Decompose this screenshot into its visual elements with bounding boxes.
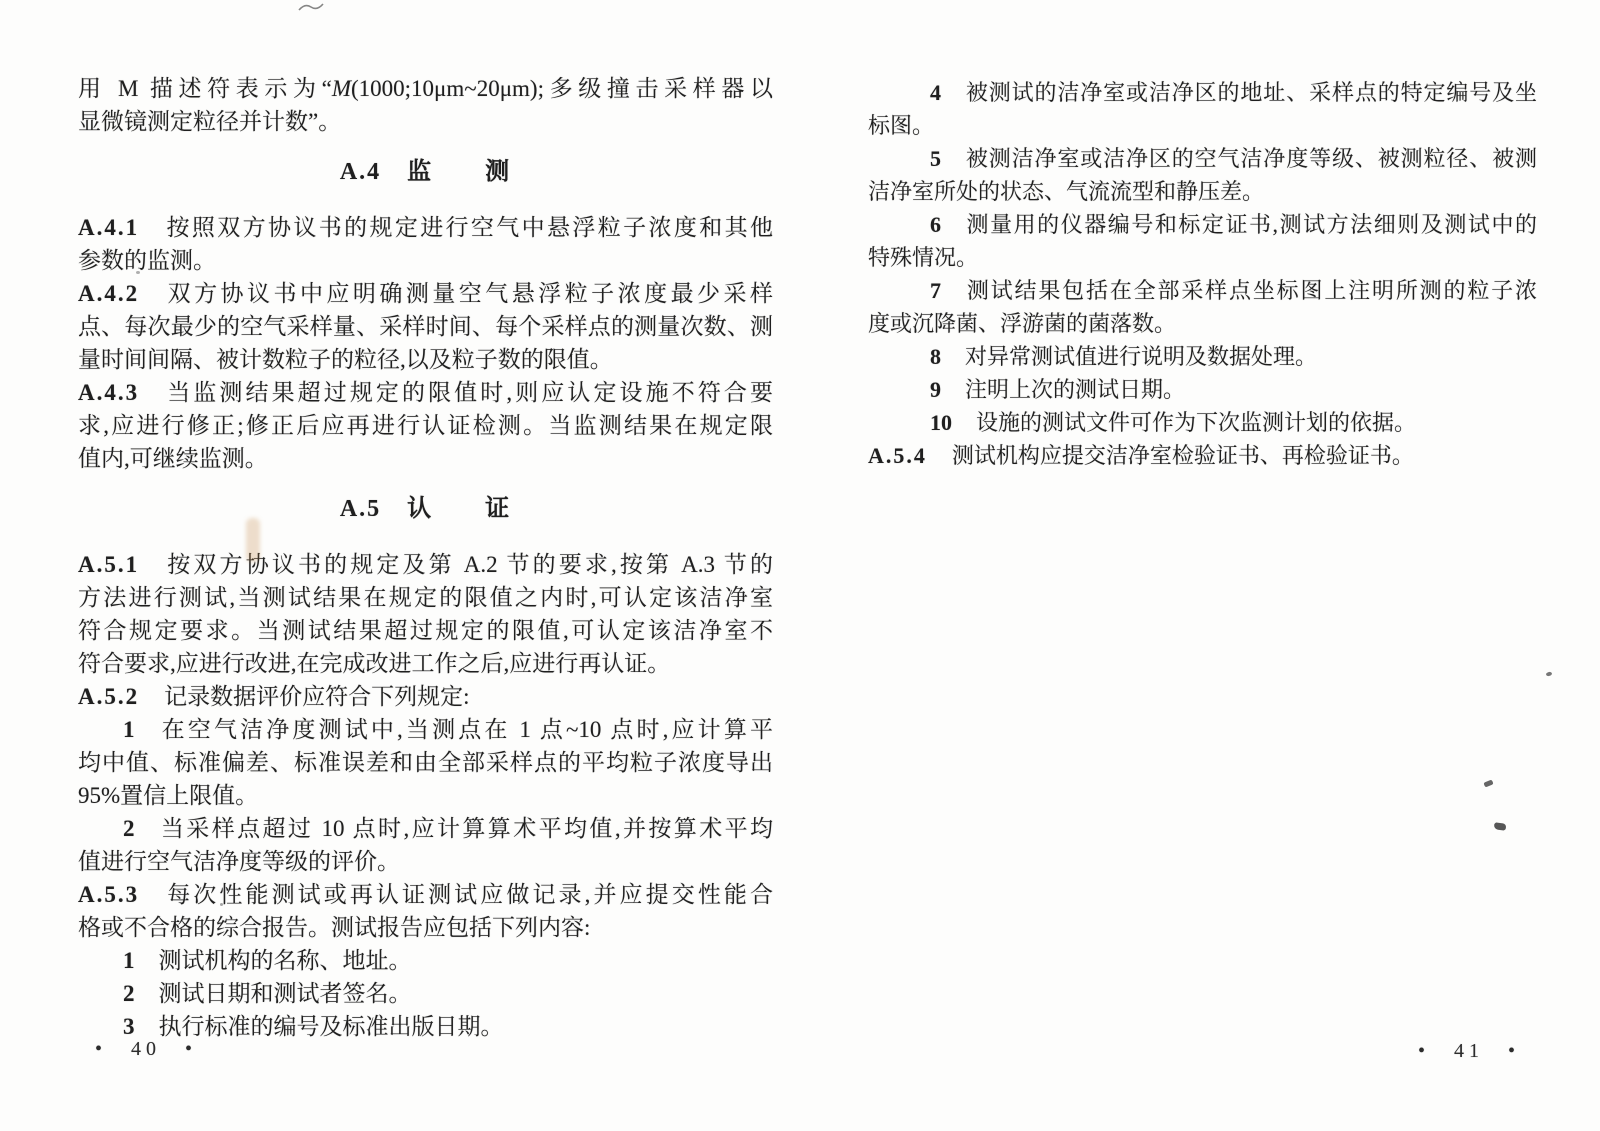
text-run: 测试机构应提交洁净室检验证书、再检验证书。 xyxy=(952,443,1414,468)
text-run: A.4 监 测 xyxy=(340,159,511,185)
text-line: 1测试机构的名称、地址。 xyxy=(78,944,773,977)
text-line: 标图。 xyxy=(868,109,1537,142)
text-run: 按照双方协议书的规定进行空气中悬浮粒子浓度和其他 xyxy=(164,215,773,240)
text-line: 特殊情况。 xyxy=(868,241,1537,274)
text-run: 测量用的仪器编号和标定证书,测试方法细则及测试中的 xyxy=(965,212,1537,237)
list-item-number: 9 xyxy=(930,377,941,402)
text-line: 6测量用的仪器编号和标定证书,测试方法细则及测试中的 xyxy=(868,208,1537,241)
text-run: 设施的测试文件可作为下次监测计划的依据。 xyxy=(976,410,1416,435)
text-run: 量时间间隔、被计数粒子的粒径,以及粒子数的限值。 xyxy=(78,347,613,372)
text-run: M xyxy=(332,76,351,101)
text-run: 格或不合格的综合报告。测试报告应包括下列内容: xyxy=(78,915,590,940)
text-run: 双方协议书中应明确测量空气悬浮粒子浓度最少采样 xyxy=(164,281,773,306)
list-item-number: 3 xyxy=(123,1014,135,1039)
text-line: 值进行空气洁净度等级的评价。 xyxy=(78,845,773,878)
text-line: 点、每次最少的空气采样量、采样时间、每个采样点的测量次数、测 xyxy=(78,310,773,343)
text-line: 1在空气洁净度测试中,当测点在 1 点~10 点时,应计算平 xyxy=(78,713,773,746)
text-run: 点、每次最少的空气采样量、采样时间、每个采样点的测量次数、测 xyxy=(78,314,773,339)
text-run: 洁净室所处的状态、气流流型和静压差。 xyxy=(868,179,1264,204)
text-line: 5被测洁净室或洁净区的空气洁净度等级、被测粒径、被测 xyxy=(868,142,1537,175)
text-run: 均中值、标准偏差、标准误差和由全部采样点的平均粒子浓度导出 xyxy=(78,750,773,775)
clause-number: A.4.3 xyxy=(78,380,139,405)
text-line: 量时间间隔、被计数粒子的粒径,以及粒子数的限值。 xyxy=(78,343,773,376)
page-right-column: 4被测试的洁净室或洁净区的地址、采样点的特定编号及坐标图。5被测洁净室或洁净区的… xyxy=(868,76,1537,472)
scan-squiggle-mark xyxy=(297,0,325,14)
text-line: A.5.2记录数据评价应符合下列规定: xyxy=(78,680,773,713)
text-line: A.4.1按照双方协议书的规定进行空气中悬浮粒子浓度和其他 xyxy=(78,211,773,244)
text-run: 度或沉降菌、浮游菌的菌落数。 xyxy=(868,311,1176,336)
text-line: 8对异常测试值进行说明及数据处理。 xyxy=(868,340,1537,373)
text-line: 格或不合格的综合报告。测试报告应包括下列内容: xyxy=(78,911,773,944)
scan-speck xyxy=(1483,779,1493,787)
text-run: 测试机构的名称、地址。 xyxy=(159,948,412,973)
text-line: 求,应进行修正;修正后应再进行认证检测。当监测结果在规定限 xyxy=(78,409,773,442)
text-line: 2当采样点超过 10 点时,应计算算术平均值,并按算术平均 xyxy=(78,812,773,845)
list-item-number: 6 xyxy=(930,212,941,237)
clause-number: A.5.4 xyxy=(868,443,927,468)
text-run: 被测试的洁净室或洁净区的地址、采样点的特定编号及坐 xyxy=(965,80,1537,105)
text-run: 按双方协议书的规定及第 A.2 节的要求,按第 A.3 节的 xyxy=(164,552,773,577)
list-item-number: 10 xyxy=(930,410,952,435)
text-line: 95%置信上限值。 xyxy=(78,779,773,812)
text-run: 求,应进行修正;修正后应再进行认证检测。当监测结果在规定限 xyxy=(78,413,773,438)
clause-number: A.5.2 xyxy=(78,684,139,709)
list-item-number: 2 xyxy=(123,816,135,841)
text-line: 显微镜测定粒径并计数”。 xyxy=(78,105,773,138)
text-run: 值进行空气洁净度等级的评价。 xyxy=(78,849,400,874)
list-item-number: 1 xyxy=(123,717,135,742)
scanned-standard-document: { "scan": { "left_page": { "page_number"… xyxy=(0,0,1600,1131)
text-line: 度或沉降菌、浮游菌的菌落数。 xyxy=(868,307,1537,340)
scan-speck xyxy=(1494,822,1507,831)
section-heading: A.4 监 测 xyxy=(78,156,773,189)
list-item-number: 5 xyxy=(930,146,941,171)
text-run: 标图。 xyxy=(868,113,934,138)
list-item-number: 8 xyxy=(930,344,941,369)
text-line: 10设施的测试文件可作为下次监测计划的依据。 xyxy=(868,406,1537,439)
text-run: 在空气洁净度测试中,当测点在 1 点~10 点时,应计算平 xyxy=(159,717,774,742)
text-run: 用 M 描述符表示为“ xyxy=(78,76,332,101)
text-run: 特殊情况。 xyxy=(868,245,978,270)
page-left-column: 用 M 描述符表示为“M(1000;10μm~20μm);多级撞击采样器以显微镜… xyxy=(78,72,773,1043)
text-run: 记录数据评价应符合下列规定: xyxy=(164,684,469,709)
text-line: 7测试结果包括在全部采样点坐标图上注明所测的粒子浓 xyxy=(868,274,1537,307)
text-line: 用 M 描述符表示为“M(1000;10μm~20μm);多级撞击采样器以 xyxy=(78,72,773,105)
text-run: 对异常测试值进行说明及数据处理。 xyxy=(965,344,1317,369)
text-run: 执行标准的编号及标准出版日期。 xyxy=(159,1014,504,1039)
text-run: 当监测结果超过规定的限值时,则应认定设施不符合要 xyxy=(164,380,773,405)
text-run: 当采样点超过 10 点时,应计算算术平均值,并按算术平均 xyxy=(159,816,774,841)
text-line: 2测试日期和测试者签名。 xyxy=(78,977,773,1010)
text-run: 显微镜测定粒径并计数”。 xyxy=(78,109,341,134)
clause-number: A.4.2 xyxy=(78,281,139,306)
text-run: (1000;10μm~20μm);多级撞击采样器以 xyxy=(351,76,773,101)
text-run: 测试日期和测试者签名。 xyxy=(159,981,412,1006)
text-run: A.5 认 证 xyxy=(340,496,511,522)
text-line: A.5.1按双方协议书的规定及第 A.2 节的要求,按第 A.3 节的 xyxy=(78,548,773,581)
text-run: 值内,可继续监测。 xyxy=(78,446,268,471)
text-line: 符合要求,应进行改进,在完成改进工作之后,应进行再认证。 xyxy=(78,647,773,680)
text-run: 符合规定要求。当测试结果超过规定的限值,可认定该洁净室不 xyxy=(78,618,773,643)
text-run: 每次性能测试或再认证测试应做记录,并应提交性能合 xyxy=(164,882,773,907)
text-run: 测试结果包括在全部采样点坐标图上注明所测的粒子浓 xyxy=(965,278,1537,303)
list-item-number: 1 xyxy=(123,948,135,973)
page-number-left: • 40 • xyxy=(95,1038,197,1061)
clause-number: A.4.1 xyxy=(78,215,139,240)
text-line: 9注明上次的测试日期。 xyxy=(868,373,1537,406)
text-run: 符合要求,应进行改进,在完成改进工作之后,应进行再认证。 xyxy=(78,651,670,676)
text-run: 方法进行测试,当测试结果在规定的限值之内时,可认定该洁净室 xyxy=(78,585,773,610)
text-line: A.5.4测试机构应提交洁净室检验证书、再检验证书。 xyxy=(868,439,1537,472)
text-line: 均中值、标准偏差、标准误差和由全部采样点的平均粒子浓度导出 xyxy=(78,746,773,779)
text-run: 参数的监测。 xyxy=(78,248,216,273)
text-run: 注明上次的测试日期。 xyxy=(965,377,1185,402)
clause-number: A.5.1 xyxy=(78,552,139,577)
scan-speck xyxy=(1546,671,1553,676)
list-item-number: 7 xyxy=(930,278,941,303)
clause-number: A.5.3 xyxy=(78,882,139,907)
text-line: 洁净室所处的状态、气流流型和静压差。 xyxy=(868,175,1537,208)
text-line: A.4.2双方协议书中应明确测量空气悬浮粒子浓度最少采样 xyxy=(78,277,773,310)
text-line: 方法进行测试,当测试结果在规定的限值之内时,可认定该洁净室 xyxy=(78,581,773,614)
section-heading: A.5 认 证 xyxy=(78,493,773,526)
page-number-right: • 41 • xyxy=(1418,1040,1520,1063)
text-run: 95%置信上限值。 xyxy=(78,783,258,808)
text-run: 被测洁净室或洁净区的空气洁净度等级、被测粒径、被测 xyxy=(965,146,1537,171)
text-line: 符合规定要求。当测试结果超过规定的限值,可认定该洁净室不 xyxy=(78,614,773,647)
list-item-number: 2 xyxy=(123,981,135,1006)
text-line: 参数的监测。 xyxy=(78,244,773,277)
text-line: 4被测试的洁净室或洁净区的地址、采样点的特定编号及坐 xyxy=(868,76,1537,109)
text-line: 值内,可继续监测。 xyxy=(78,442,773,475)
text-line: A.5.3每次性能测试或再认证测试应做记录,并应提交性能合 xyxy=(78,878,773,911)
list-item-number: 4 xyxy=(930,80,941,105)
text-line: A.4.3当监测结果超过规定的限值时,则应认定设施不符合要 xyxy=(78,376,773,409)
